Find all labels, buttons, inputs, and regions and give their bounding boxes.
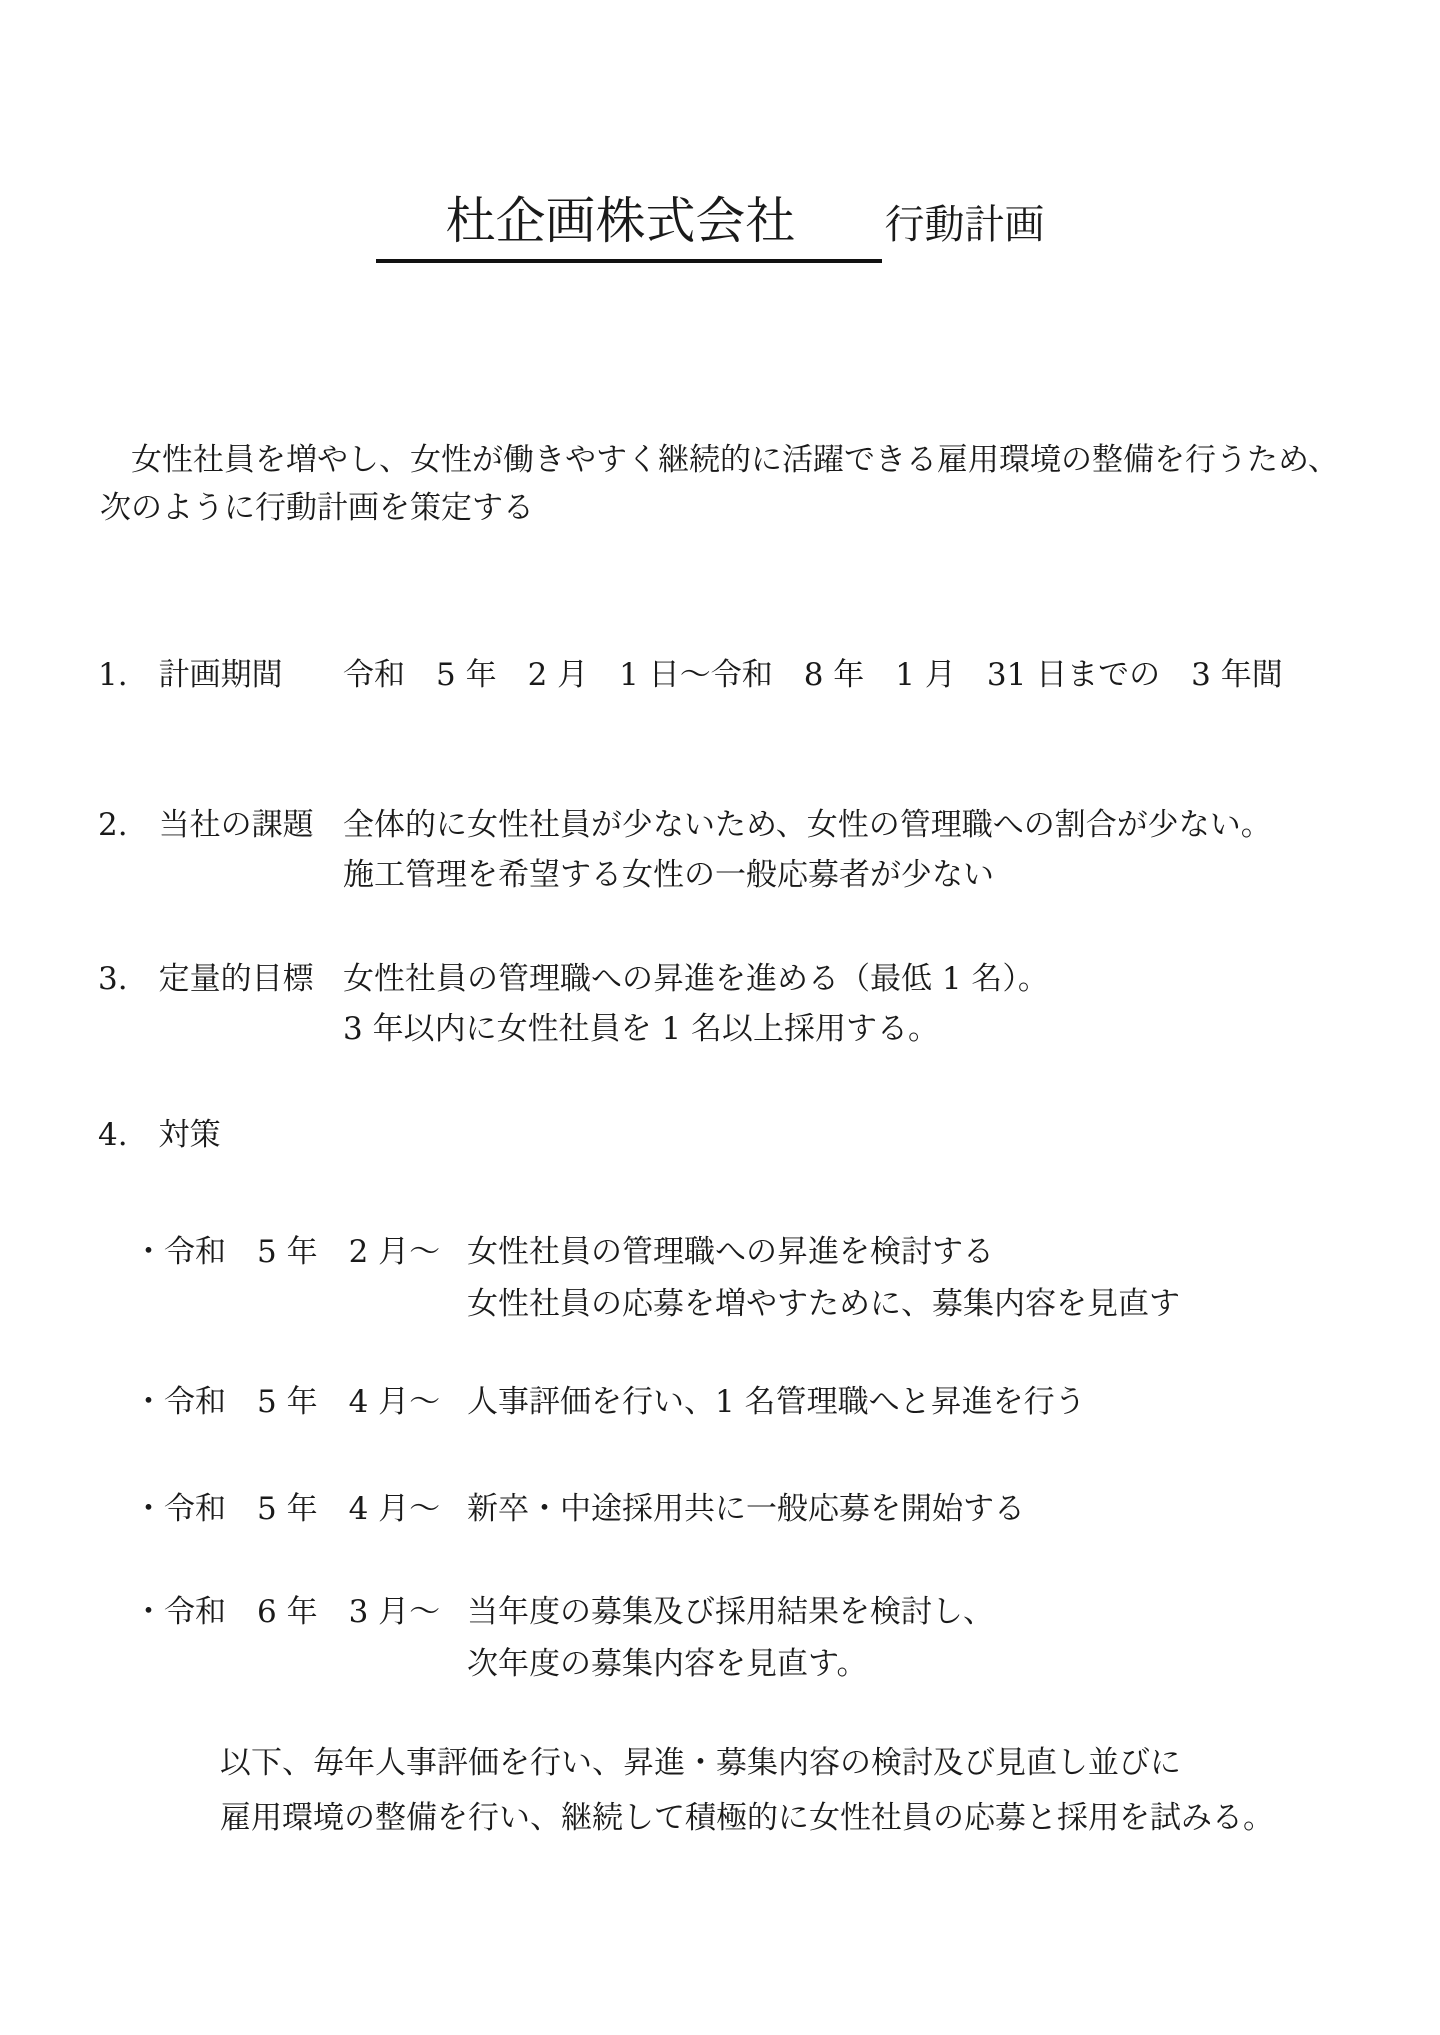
item-label: 定量的目標 (159, 961, 314, 997)
measure-description-line: 女性社員の応募を増やすために、募集内容を見直す (467, 1278, 1400, 1330)
measure-description-line: 人事評価を行い、1 名管理職へと昇進を行う (467, 1376, 1400, 1428)
measure-description: 新卒・中途採用共に一般応募を開始する (467, 1483, 1400, 1535)
item-description: 女性社員の管理職への昇進を進める（最低 1 名）。 3 年以内に女性社員を 1 … (343, 954, 1400, 1054)
item-company-issues: 2.当社の課題 全体的に女性社員が少ないため、女性の管理職への割合が少ない。 施… (98, 800, 1400, 900)
item-number-label: 4.対策 (98, 1110, 343, 1160)
item-number-label: 1.計画期間 (98, 650, 343, 700)
item-label: 対策 (159, 1117, 221, 1153)
measure-date: ・令和 5 年 4 月～ (133, 1376, 467, 1428)
measure-date: ・令和 6 年 3 月～ (133, 1586, 467, 1690)
item-description-line: 女性社員の管理職への昇進を進める（最低 1 名）。 (343, 954, 1400, 1004)
item-description-line: 施工管理を希望する女性の一般応募者が少ない (343, 850, 1400, 900)
measure-description-line: 当年度の募集及び採用結果を検討し、 (467, 1586, 1400, 1638)
item-description-line: 令和 5 年 2 月 1 日～令和 8 年 1 月 31 日までの 3 年間 (343, 650, 1400, 700)
measure-row-3: ・令和 5 年 4 月～ 新卒・中途採用共に一般応募を開始する (133, 1483, 1400, 1535)
measure-date: ・令和 5 年 2 月～ (133, 1226, 467, 1330)
measure-row-1: ・令和 5 年 2 月～ 女性社員の管理職への昇進を検討する 女性社員の応募を増… (133, 1226, 1400, 1330)
document-page: 杜企画株式会社 行動計画 女性社員を増やし、女性が働きやすく継続的に活躍できる雇… (0, 0, 1440, 2035)
item-number-label: 2.当社の課題 (98, 800, 343, 900)
closing-line-1: 以下、毎年人事評価を行い、昇進・募集内容の検討及び見直し並びに (220, 1736, 1274, 1791)
measure-description: 人事評価を行い、1 名管理職へと昇進を行う (467, 1376, 1400, 1428)
item-description-line: 全体的に女性社員が少ないため、女性の管理職への割合が少ない。 (343, 800, 1400, 850)
measure-date: ・令和 5 年 4 月～ (133, 1483, 467, 1535)
measure-description: 当年度の募集及び採用結果を検討し、 次年度の募集内容を見直す。 (467, 1586, 1400, 1690)
measure-description: 女性社員の管理職への昇進を検討する 女性社員の応募を増やすために、募集内容を見直… (467, 1226, 1400, 1330)
measure-description-line: 女性社員の管理職への昇進を検討する (467, 1226, 1400, 1278)
measure-row-2: ・令和 5 年 4 月～ 人事評価を行い、1 名管理職へと昇進を行う (133, 1376, 1400, 1428)
intro-line-1: 女性社員を増やし、女性が働きやすく継続的に活躍できる雇用環境の整備を行うため、 (100, 436, 1339, 484)
item-number: 3. (98, 961, 128, 997)
item-number: 2. (98, 807, 128, 843)
item-number-label: 3.定量的目標 (98, 954, 343, 1054)
closing-paragraph: 以下、毎年人事評価を行い、昇進・募集内容の検討及び見直し並びに 雇用環境の整備を… (220, 1736, 1274, 1846)
intro-paragraph: 女性社員を増やし、女性が働きやすく継続的に活躍できる雇用環境の整備を行うため、 … (100, 436, 1339, 532)
item-countermeasures: 4.対策 (98, 1110, 1400, 1160)
item-label: 計画期間 (159, 657, 283, 693)
measure-description-line: 新卒・中途採用共に一般応募を開始する (467, 1483, 1400, 1535)
item-number: 1. (98, 657, 128, 693)
measure-row-4: ・令和 6 年 3 月～ 当年度の募集及び採用結果を検討し、 次年度の募集内容を… (133, 1586, 1400, 1690)
closing-line-2: 雇用環境の整備を行い、継続して積極的に女性社員の応募と採用を試みる。 (220, 1791, 1274, 1846)
company-name-underlined: 杜企画株式会社 (376, 186, 882, 263)
item-number: 4. (98, 1117, 128, 1153)
item-plan-period: 1.計画期間 令和 5 年 2 月 1 日～令和 8 年 1 月 31 日までの… (98, 650, 1400, 700)
item-quantitative-goal: 3.定量的目標 女性社員の管理職への昇進を進める（最低 1 名）。 3 年以内に… (98, 954, 1400, 1054)
item-description-line: 3 年以内に女性社員を 1 名以上採用する。 (343, 1004, 1400, 1054)
item-description: 令和 5 年 2 月 1 日～令和 8 年 1 月 31 日までの 3 年間 (343, 650, 1400, 700)
measure-description-line: 次年度の募集内容を見直す。 (467, 1638, 1400, 1690)
item-label: 当社の課題 (159, 807, 314, 843)
item-description: 全体的に女性社員が少ないため、女性の管理職への割合が少ない。 施工管理を希望する… (343, 800, 1400, 900)
action-plan-label: 行動計画 (885, 190, 1045, 260)
intro-line-2: 次のように行動計画を策定する (100, 484, 1339, 532)
document-title: 杜企画株式会社 行動計画 (0, 186, 1420, 263)
